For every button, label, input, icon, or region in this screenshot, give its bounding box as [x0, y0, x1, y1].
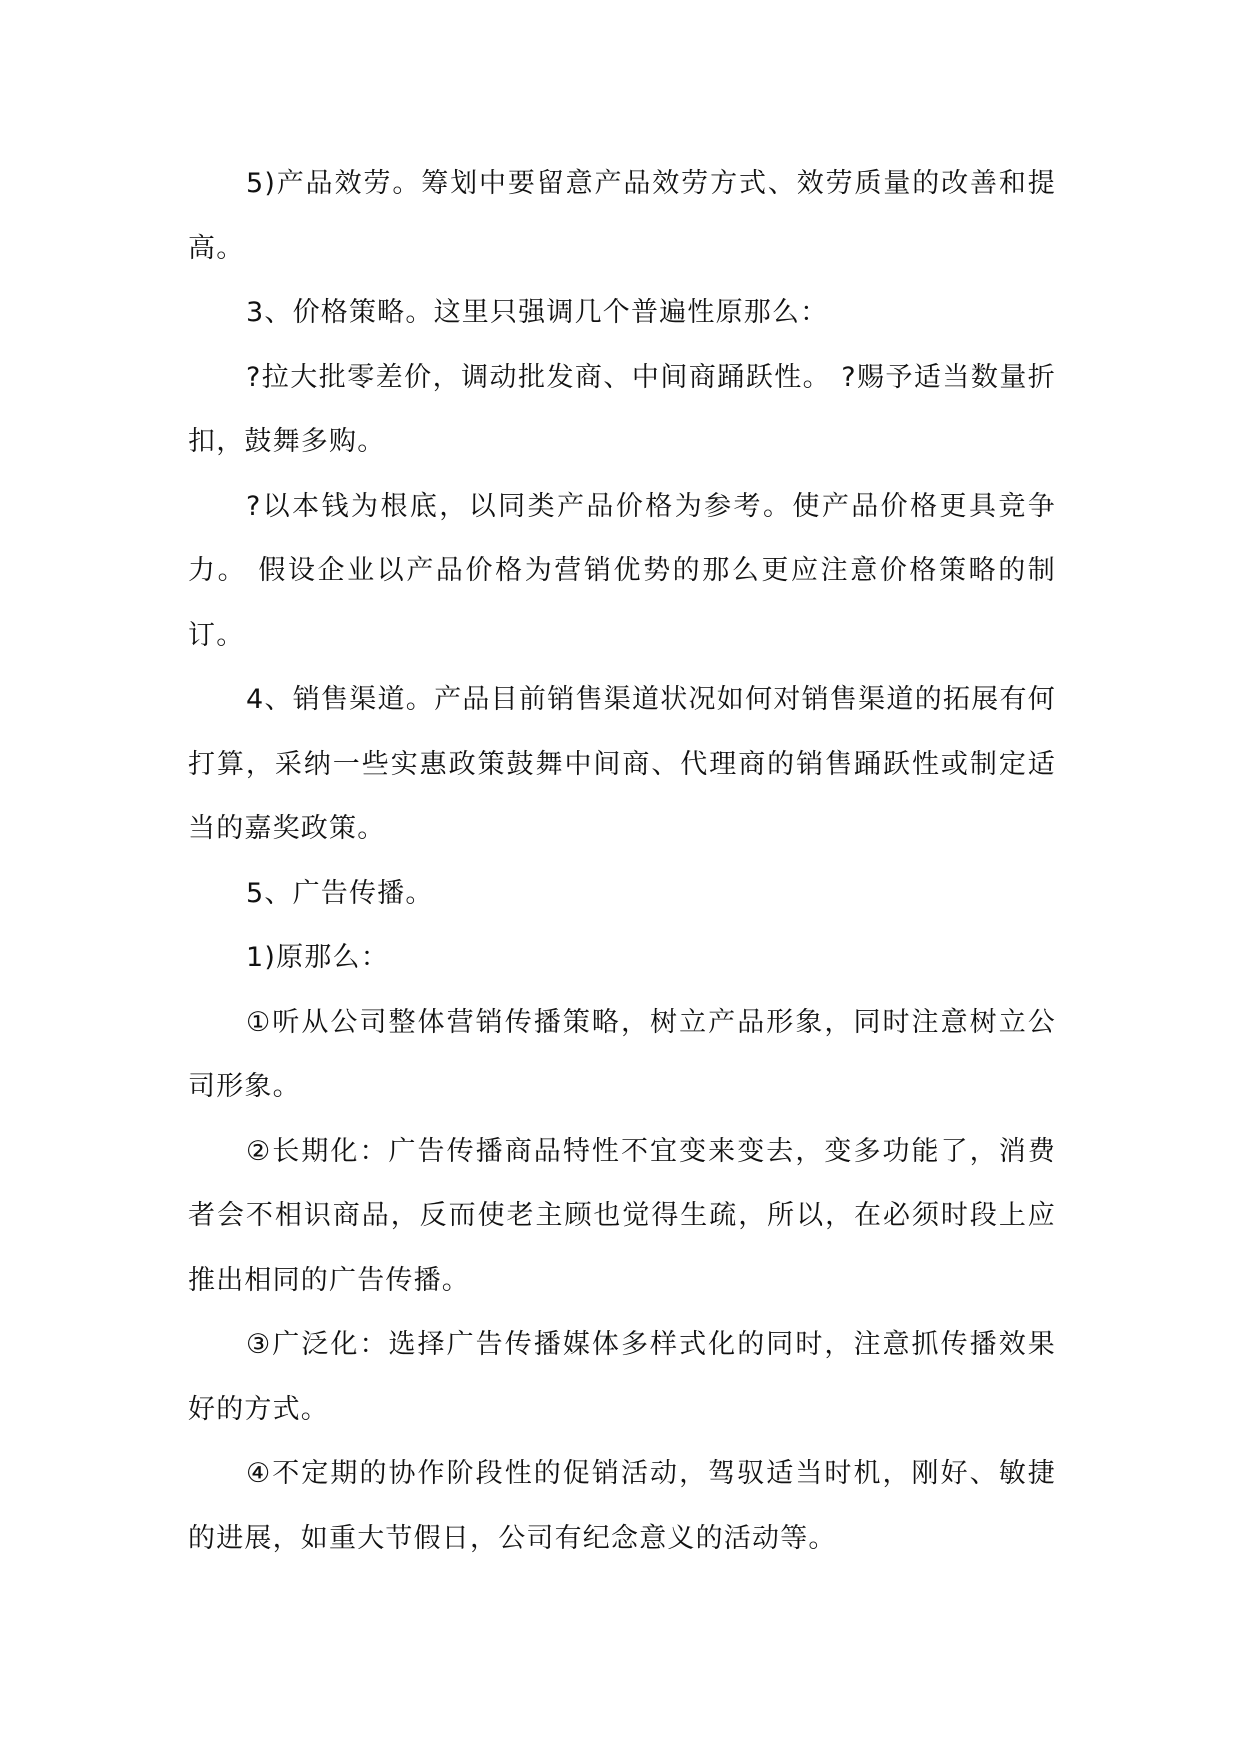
paragraph-sales-channels: 4、销售渠道。产品目前销售渠道状况如何对销售渠道的拓展有何打算，采纳一些实惠政策… — [188, 668, 1056, 862]
paragraph-advertising-heading: 5、广告传播。 — [188, 862, 1056, 927]
paragraph-principle-3: ③广泛化：选择广告传播媒体多样式化的同时，注意抓传播效果好的方式。 — [188, 1313, 1056, 1442]
document-page: 5)产品效劳。筹划中要留意产品效劳方式、效劳质量的改善和提高。 3、价格策略。这… — [188, 152, 1056, 1571]
paragraph-pricing-strategy-heading: 3、价格策略。这里只强调几个普遍性原那么： — [188, 281, 1056, 346]
paragraph-principle-2: ②长期化：广告传播商品特性不宜变来变去，变多功能了，消费者会不相识商品，反而使老… — [188, 1120, 1056, 1314]
paragraph-principle-1: ①听从公司整体营销传播策略，树立产品形象，同时注意树立公司形象。 — [188, 991, 1056, 1120]
paragraph-pricing-point-1: ?拉大批零差价，调动批发商、中间商踊跃性。 ?赐予适当数量折扣，鼓舞多购。 — [188, 346, 1056, 475]
paragraph-pricing-point-2: ?以本钱为根底，以同类产品价格为参考。使产品价格更具竞争力。 假设企业以产品价格… — [188, 475, 1056, 669]
paragraph-principles-heading: 1)原那么： — [188, 926, 1056, 991]
paragraph-principle-4: ④不定期的协作阶段性的促销活动，驾驭适当时机，刚好、敏捷的进展，如重大节假日，公… — [188, 1442, 1056, 1571]
paragraph-product-service: 5)产品效劳。筹划中要留意产品效劳方式、效劳质量的改善和提高。 — [188, 152, 1056, 281]
